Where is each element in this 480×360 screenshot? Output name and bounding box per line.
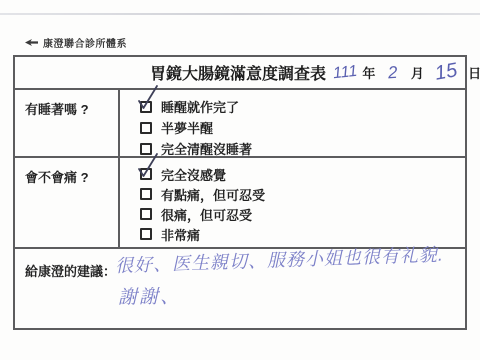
option-row: 完全沒感覺 bbox=[140, 164, 465, 184]
checkbox-icon bbox=[140, 208, 152, 220]
option-row: 很痛，但可忍受 bbox=[140, 204, 465, 224]
option-row: 睡醒就作完了 bbox=[140, 96, 465, 117]
handwritten-year-value: 111 bbox=[332, 62, 358, 82]
handwritten-suggestion-line-2: 謝謝、 bbox=[118, 281, 181, 309]
option-label: 有點痛，但可忍受 bbox=[161, 185, 265, 204]
suggestion-row: 給康澄的建議： 很好、医生親切、服務小姐也很有礼貌. 謝謝、 bbox=[15, 249, 465, 326]
option-row: 完全清醒沒睡著 bbox=[140, 138, 465, 159]
checkbox-icon bbox=[140, 143, 152, 155]
left-arrow-swoosh-icon bbox=[24, 38, 39, 47]
month-label: 月 bbox=[411, 63, 424, 82]
option-label: 完全清醒沒睡著 bbox=[161, 139, 252, 158]
title-row: 胃鏡大腸鏡滿意度調查表 111 年 2 月 15 日 bbox=[15, 57, 465, 90]
option-label: 完全沒感覺 bbox=[161, 165, 226, 184]
option-label: 睡醒就作完了 bbox=[161, 97, 239, 116]
question-label: 有睡著嗎 ? bbox=[15, 90, 120, 156]
checkbox-icon bbox=[140, 122, 152, 134]
form-title: 胃鏡大腸鏡滿意度調查表 bbox=[150, 61, 326, 84]
scan-artifact-line bbox=[0, 13, 480, 15]
survey-table: 胃鏡大腸鏡滿意度調查表 111 年 2 月 15 日 有睡著嗎 ? 睡醒就作完了 bbox=[13, 55, 467, 330]
clinic-logo: 康澄聯合診所體系 bbox=[24, 35, 127, 50]
checkbox-icon bbox=[140, 168, 152, 180]
option-label: 很痛，但可忍受 bbox=[161, 205, 252, 224]
year-label: 年 bbox=[362, 63, 375, 82]
question-label: 會不會痛 ? bbox=[15, 158, 120, 247]
suggestion-label: 給康澄的建議： bbox=[25, 261, 116, 280]
checkbox-icon bbox=[140, 188, 152, 200]
scanned-survey-form: 康澄聯合診所體系 胃鏡大腸鏡滿意度調查表 111 年 2 月 15 日 有睡著嗎… bbox=[0, 0, 480, 360]
options-cell: 睡醒就作完了 半夢半醒 完全清醒沒睡著 bbox=[120, 90, 465, 156]
day-label: 日 bbox=[468, 63, 480, 82]
checkbox-icon bbox=[140, 228, 152, 240]
option-label: 半夢半醒 bbox=[161, 118, 213, 137]
options-cell: 完全沒感覺 有點痛，但可忍受 很痛，但可忍受 非常痛 bbox=[120, 158, 465, 247]
handwritten-day-value: 15 bbox=[433, 59, 459, 86]
question-row-sleep: 有睡著嗎 ? 睡醒就作完了 半夢半醒 完全清醒沒睡著 bbox=[15, 90, 465, 158]
option-row: 半夢半醒 bbox=[140, 117, 465, 138]
checkbox-icon bbox=[140, 101, 152, 113]
option-row: 有點痛，但可忍受 bbox=[140, 184, 465, 204]
question-row-pain: 會不會痛 ? 完全沒感覺 有點痛，但可忍受 很痛，但可忍受 bbox=[15, 158, 465, 249]
handwritten-month-value: 2 bbox=[388, 62, 399, 83]
clinic-logo-text: 康澄聯合診所體系 bbox=[43, 35, 127, 50]
option-label: 非常痛 bbox=[161, 225, 200, 244]
